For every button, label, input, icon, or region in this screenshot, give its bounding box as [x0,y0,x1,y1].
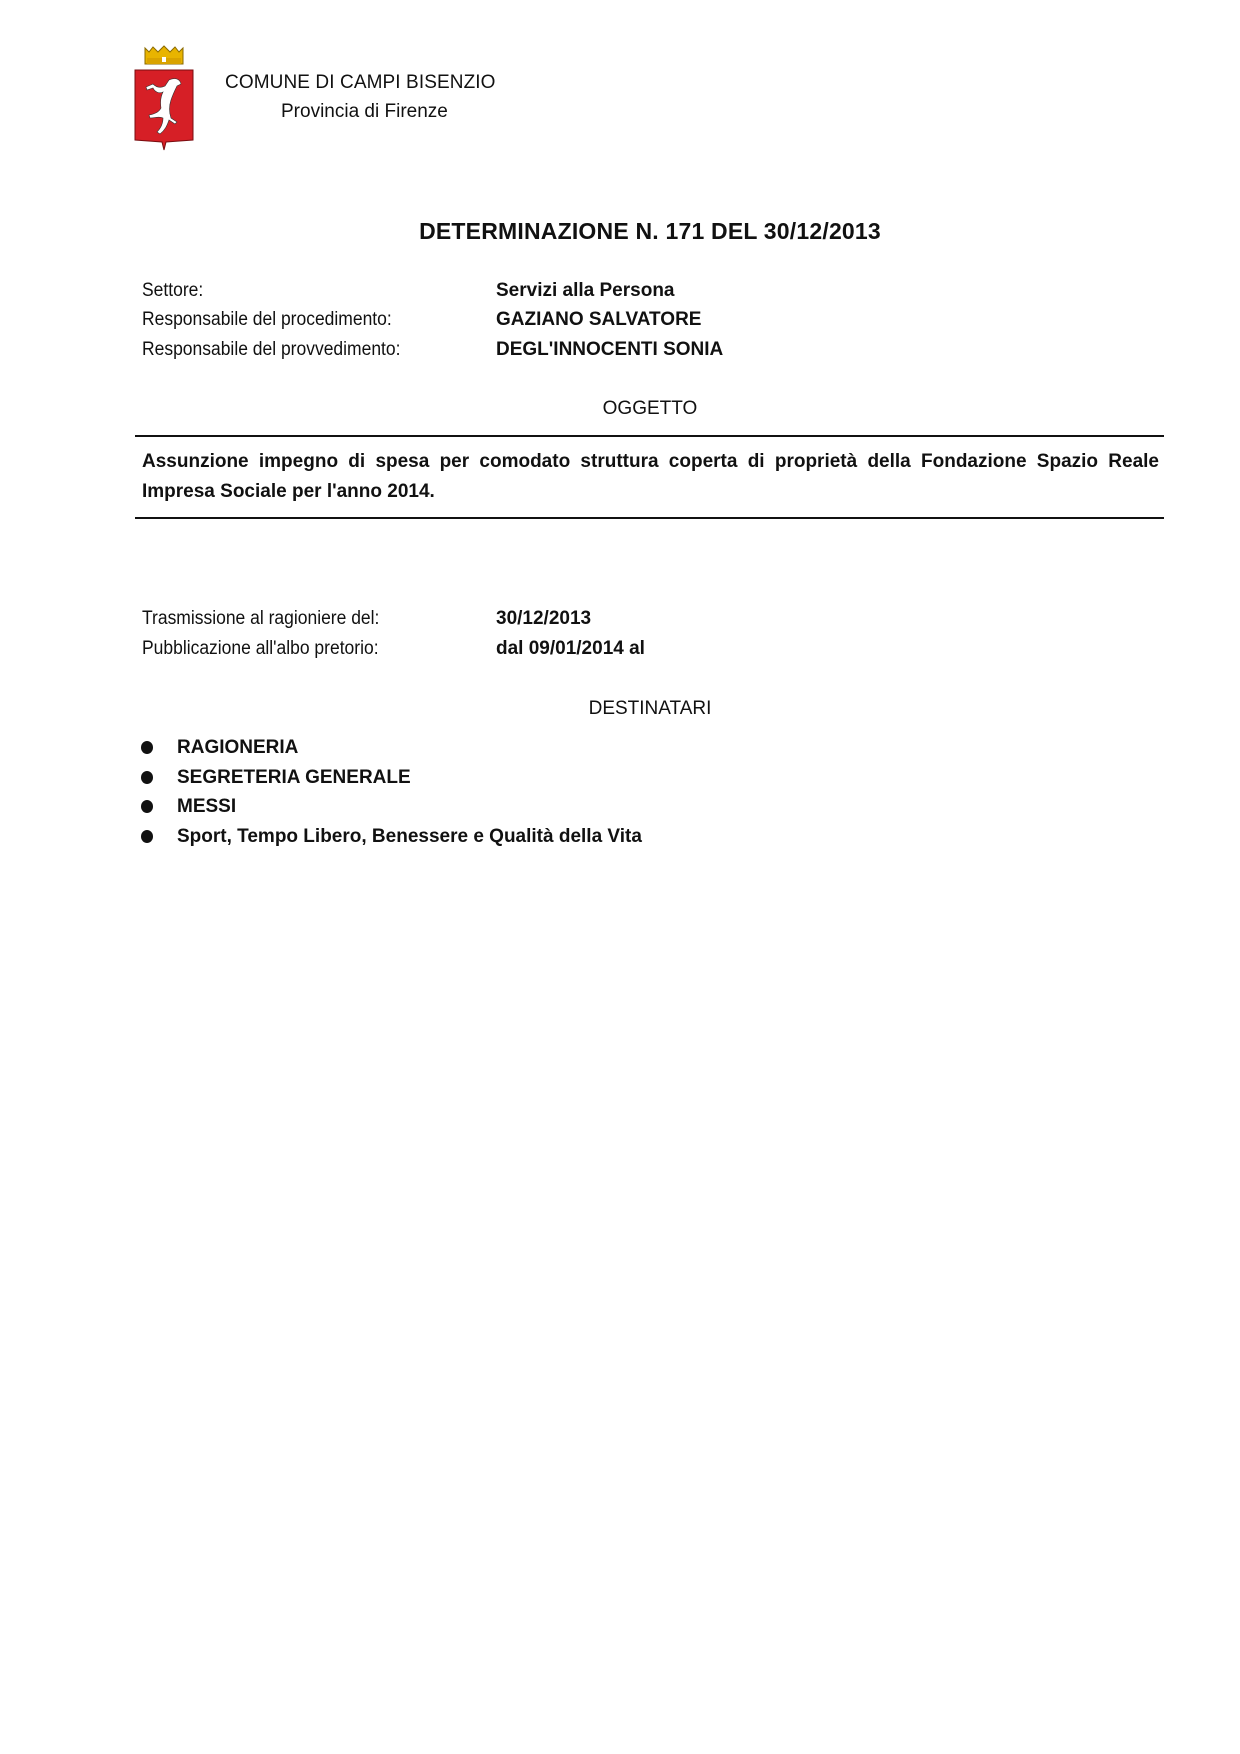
meta-value-procedimento: GAZIANO SALVATORE [496,309,701,331]
subject-text: Assunzione impegno di spesa per comodato… [142,447,1159,507]
meta-label-provvedimento: Responsabile del provvedimento: [142,339,400,361]
province-name: Provincia di Firenze [281,101,448,123]
meta-value-settore: Servizi alla Persona [496,280,675,302]
bullet-icon [141,771,153,784]
subject-bottom-divider [135,517,1164,519]
document-title: DETERMINAZIONE N. 171 DEL 30/12/2013 [0,218,1240,245]
transmission-value: 30/12/2013 [496,608,591,630]
publication-label: Pubblicazione all'albo pretorio: [142,638,379,660]
recipients-heading: DESTINATARI [0,698,1240,720]
bullet-icon [141,741,153,754]
recipient-item: Sport, Tempo Libero, Benessere e Qualità… [177,826,642,848]
bullet-icon [141,800,153,813]
publication-value: dal 09/01/2014 al [496,638,645,660]
meta-value-provvedimento: DEGL'INNOCENTI SONIA [496,339,723,361]
recipient-item: RAGIONERIA [177,737,298,759]
recipient-item: MESSI [177,796,236,818]
recipient-item: SEGRETERIA GENERALE [177,767,411,789]
coat-of-arms-icon [133,44,195,156]
subject-heading: OGGETTO [0,398,1240,420]
organization-name: COMUNE DI CAMPI BISENZIO [225,72,496,94]
meta-label-procedimento: Responsabile del procedimento: [142,309,392,331]
subject-top-divider [135,435,1164,437]
meta-label-settore: Settore: [142,280,203,302]
bullet-icon [141,830,153,843]
transmission-label: Trasmissione al ragioniere del: [142,608,379,630]
